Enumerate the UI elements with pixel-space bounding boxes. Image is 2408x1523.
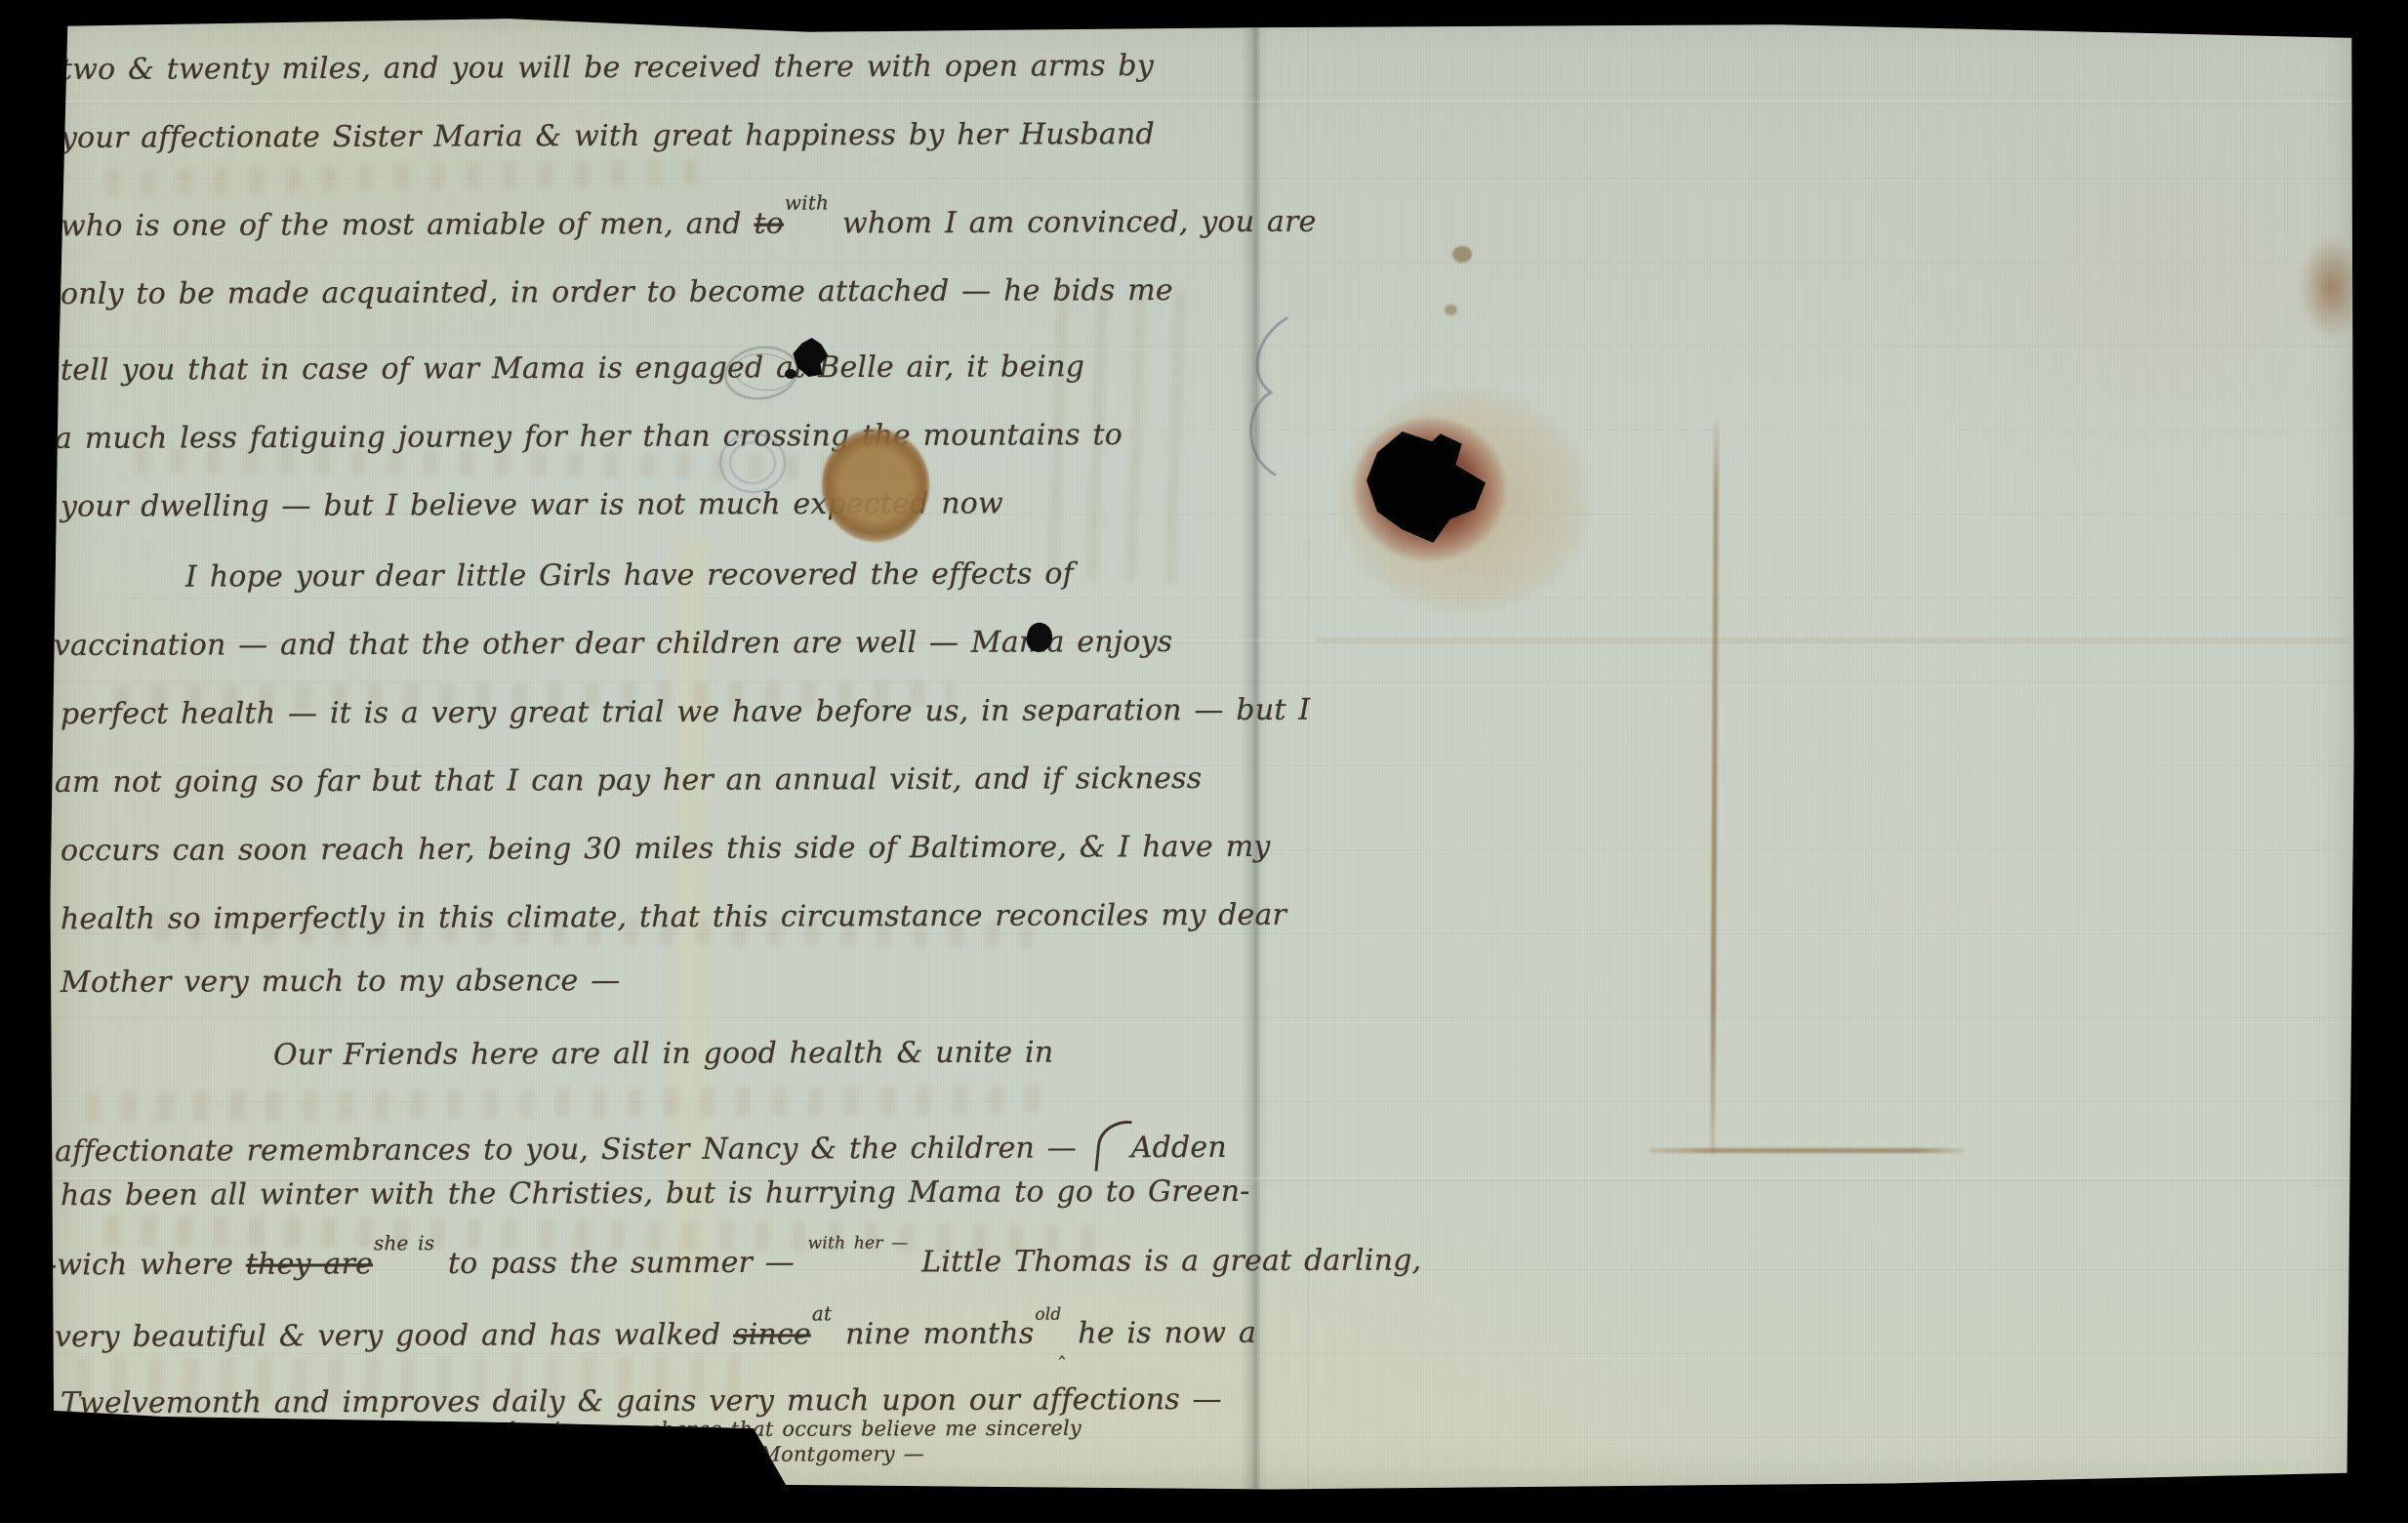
horizontal-crease-top <box>47 101 2356 104</box>
letter-line-1: two & twenty miles, and you will be rece… <box>61 49 1154 87</box>
letter-line-14: Mother very much to my absence — <box>61 964 621 1000</box>
letter-line-22: your attached FriendMaria Montgomery — <box>400 1442 924 1467</box>
caret-mark: ‸ <box>1059 1337 1066 1360</box>
letter-line-4: only to be made acquainted, in order to … <box>61 273 1173 311</box>
letter-line-20: Twelvemonth and improves daily & gains v… <box>61 1382 1222 1420</box>
inserted-word-2: at <box>812 1301 832 1325</box>
line16-text: affectionate remembrances to you, Sister… <box>55 1131 1089 1169</box>
pencil-mark <box>1230 312 1308 488</box>
line19-text-end: he is now a <box>1065 1316 1256 1351</box>
letter-line-21: my dear Brother in every charge that occ… <box>366 1417 1082 1443</box>
faint-blue-ring <box>719 432 786 493</box>
ink-bleedthrough <box>105 159 711 197</box>
inserted-word-3: old <box>1035 1305 1061 1325</box>
struck-word: to <box>754 207 784 241</box>
ink-blot-droplet <box>785 369 796 379</box>
letter-line-17: has been all winter with the Christies, … <box>61 1174 1250 1213</box>
inserted-words-2: with her — <box>808 1233 909 1253</box>
insertion-bracket-mark <box>1094 1118 1131 1174</box>
vertical-stain-line <box>1710 418 1719 1154</box>
letter-sheet: two & twenty miles, and you will be rece… <box>47 10 2356 1494</box>
struck-words: they are <box>246 1247 373 1281</box>
bracketed-word: Adden <box>1131 1131 1227 1165</box>
round-brown-stain <box>822 429 929 542</box>
struck-word-2: since <box>733 1317 811 1351</box>
letter-line-16: affectionate remembrances to you, Sister… <box>55 1103 1227 1169</box>
foxing-spot <box>1445 305 1457 315</box>
letter-line-10: perfect health — it is a very great tria… <box>61 693 1310 731</box>
top-edge-notch <box>1023 10 1056 26</box>
letter-line-3: who is one of the most amiable of men, a… <box>61 205 1317 243</box>
letter-line-12: occurs can soon reach her, being 30 mile… <box>61 830 1271 868</box>
letter-line-8: I hope your dear little Girls have recov… <box>185 556 1074 594</box>
letter-line-5: tell you that in case of war Mama is eng… <box>61 350 1084 388</box>
inserted-words: she is <box>374 1231 434 1255</box>
letter-line-11: am not going so far but that I can pay h… <box>55 761 1202 800</box>
letter-line-13: health so imperfectly in this climate, t… <box>61 898 1286 936</box>
edge-stain <box>2300 236 2364 338</box>
letter-line-18: -wich where they areshe is to pass the s… <box>47 1244 1421 1283</box>
faint-blue-ring-inner <box>729 441 776 484</box>
horizontal-stain-line <box>1650 1148 1964 1153</box>
letter-line-9: vaccination — and that the other dear ch… <box>54 625 1172 663</box>
line18-text-end: Little Thomas is a great darling, <box>909 1244 1421 1280</box>
letter-line-6: a much less fatiguing journey for her th… <box>55 418 1122 456</box>
inserted-word: with <box>785 190 829 214</box>
letter-line-15: Our Friends here are all in good health … <box>273 1036 1053 1073</box>
line3-text: who is one of the most amiable of men, a… <box>61 207 755 243</box>
line18-text-mid: to pass the summer — <box>435 1246 807 1281</box>
line3-text-end: whom I am convinced, you are <box>830 205 1316 241</box>
letter-line-2: your affectionate Sister Maria & with gr… <box>61 117 1155 155</box>
foxing-spot <box>1452 246 1472 263</box>
crease-stain-line <box>1316 638 2350 641</box>
scanned-letter-background: two & twenty miles, and you will be rece… <box>0 0 2408 1523</box>
letter-line-19: very beautiful & very good and has walke… <box>55 1316 1256 1354</box>
signature: Maria Montgomery — <box>688 1442 924 1466</box>
line18-text: -wich where <box>47 1248 246 1283</box>
closing-phrase: your attached Friend <box>400 1443 628 1467</box>
line19-text: very beautiful & very good and has walke… <box>55 1318 733 1354</box>
line19-text-mid: nine months <box>833 1317 1034 1352</box>
